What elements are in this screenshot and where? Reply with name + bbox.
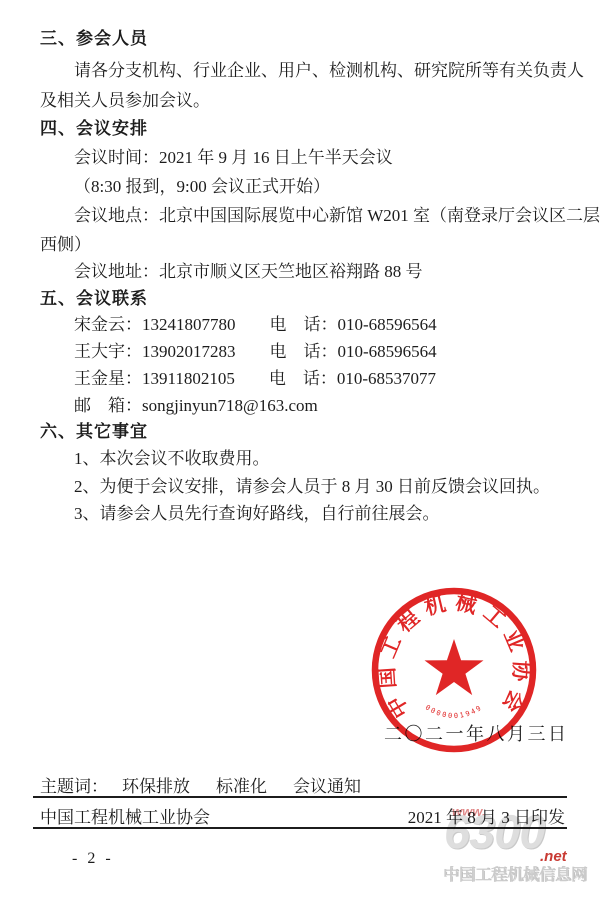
watermark-site-name: 中国工程机械信息网	[443, 862, 587, 885]
list-item: 2、为便于会议安排，请参会人员于 8 月 30 日前反馈会议回执。	[74, 476, 550, 497]
email-line: 邮 箱：songjinyun718@163.com	[74, 395, 318, 416]
section-title-6: 六、其它事宜	[40, 421, 148, 442]
body-line: 西侧）	[40, 234, 91, 255]
body-line: 及相关人员参加会议。	[40, 90, 210, 111]
seal-serial-number: 0000001949	[424, 703, 484, 720]
seal-graphic: 中国工程机械工业协会 0000001949	[368, 584, 540, 756]
contact-line: 王大宇：13902017283 电 话：010-68596564	[74, 341, 437, 362]
section-title-3: 三、参会人员	[40, 28, 148, 49]
keyword: 环保排放	[122, 777, 190, 796]
contact-line: 王金星：13911802105 电 话：010-68537077	[74, 368, 436, 389]
page-number: - 2 -	[72, 850, 114, 868]
svg-text:0000001949: 0000001949	[424, 703, 484, 720]
body-line: 会议地点：北京中国国际展览中心新馆 W201 室（南登录厅会议区二层	[74, 205, 600, 226]
watermark-site-number: 6300	[444, 808, 545, 856]
section-title-4: 四、会议安排	[40, 118, 148, 139]
keyword: 标准化	[216, 777, 267, 796]
list-item: 1、本次会议不收取费用。	[74, 448, 270, 469]
subject-label: 主题词：	[40, 777, 108, 796]
body-line: 请各分支机构、行业企业、用户、检测机构、研究院所等有关负责人	[74, 60, 584, 81]
section-title-5: 五、会议联系	[40, 288, 148, 309]
site-watermark: www. 6300 .net 中国工程机械信息网	[438, 798, 600, 894]
issuer-name: 中国工程机械工业协会	[40, 803, 210, 828]
body-line: 会议地址：北京市顺义区天竺地区裕翔路 88 号	[74, 261, 423, 282]
keyword: 会议通知	[293, 777, 361, 796]
list-item: 3、请参会人员先行查询好路线，自行前往展会。	[74, 503, 440, 524]
contact-line: 宋金云：13241807780 电 话：010-68596564	[74, 314, 437, 335]
body-line: 会议时间：2021 年 9 月 16 日上午半天会议	[74, 147, 393, 168]
document-page: 三、参会人员 请各分支机构、行业企业、用户、检测机构、研究院所等有关负责人 及相…	[0, 0, 600, 904]
subject-keywords-row: 主题词：环保排放标准化会议通知	[40, 772, 361, 797]
body-line: （8:30 报到，9:00 会议正式开始）	[74, 176, 330, 197]
official-seal: 中国工程机械工业协会 0000001949	[368, 584, 540, 756]
star-icon	[425, 639, 484, 695]
